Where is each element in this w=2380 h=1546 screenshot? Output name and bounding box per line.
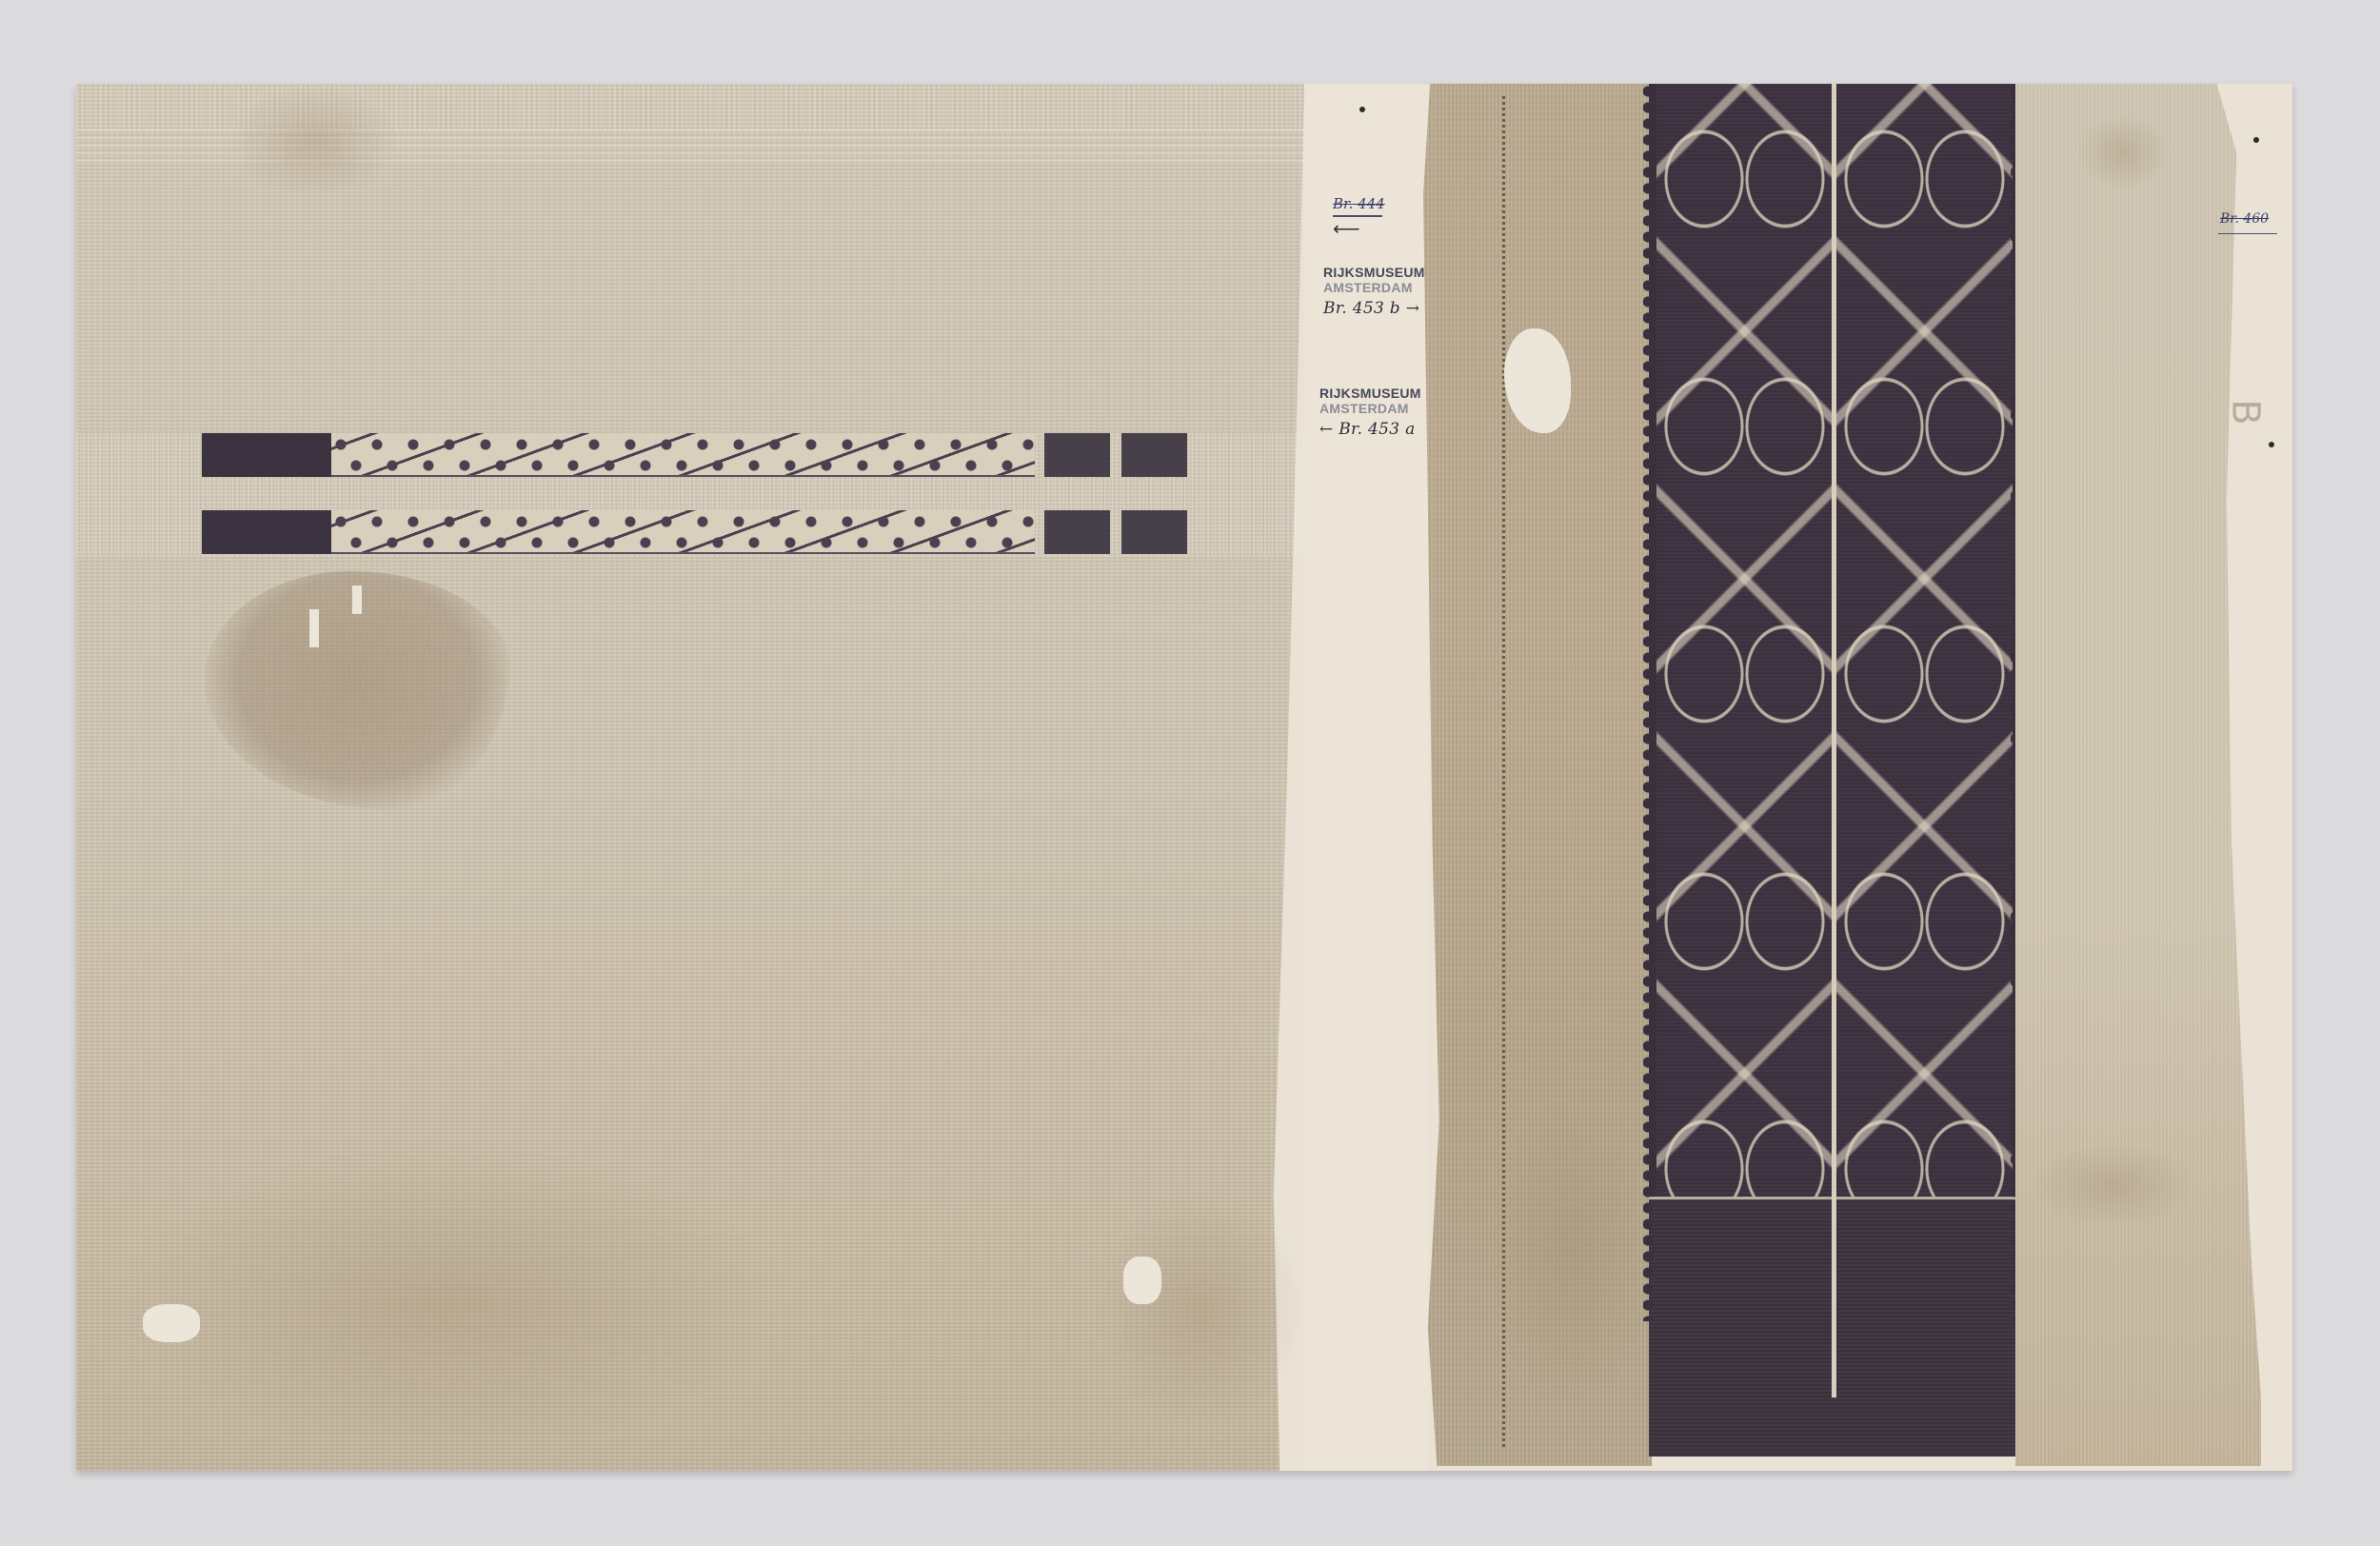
pencil-mark: B: [2224, 399, 2268, 425]
water-stain: [2028, 1142, 2199, 1228]
stamp-line-1: RIJKSMUSEUM: [1323, 265, 1428, 280]
stamp-line-1: RIJKSMUSEUM: [1319, 386, 1424, 401]
arrow-left-icon: ⟵: [1333, 217, 1360, 241]
arrow-right-icon: →: [1406, 299, 1420, 318]
water-stain: [1485, 1095, 1656, 1409]
note-underline: [2218, 233, 2277, 234]
stamp-line-2: AMSTERDAM: [1319, 401, 1424, 416]
decorative-band-lower: [202, 510, 1187, 554]
band-end-block: [202, 510, 331, 554]
inventory-number: Br. 453 b →: [1323, 301, 1428, 316]
water-stain: [114, 1142, 781, 1457]
fabric-tear: [143, 1304, 200, 1342]
pin-hole: [1359, 107, 1365, 112]
fabric-tear: [1123, 1257, 1161, 1304]
inventory-number: ← Br. 453 a: [1319, 422, 1424, 437]
scalloped-edge-left: [1643, 84, 1653, 1321]
decorative-band-upper: [202, 433, 1187, 477]
stamp-line-2: AMSTERDAM: [1323, 280, 1428, 295]
fabric-tear: [352, 585, 362, 614]
band-tail-blocks: [1035, 510, 1187, 554]
vine-scroll-motif: [331, 510, 1035, 554]
band-end-block: [202, 433, 331, 477]
right-linen-strip: [2015, 84, 2261, 1466]
band-tail-blocks: [1035, 433, 1187, 477]
water-stain: [228, 84, 400, 198]
crossed-out-note: Br. 460: [2220, 211, 2269, 227]
water-stain: [1095, 1190, 1304, 1428]
museum-stamp-1: RIJKSMUSEUM AMSTERDAM Br. 453 b →: [1323, 265, 1428, 316]
crossed-out-note: Br. 444: [1333, 195, 1385, 212]
water-stain: [2075, 114, 2171, 190]
pin-hole: [2269, 442, 2274, 447]
museum-stamp-2: RIJKSMUSEUM AMSTERDAM ← Br. 453 a: [1319, 386, 1424, 437]
pin-hole: [2253, 137, 2259, 143]
fabric-tear: [309, 609, 319, 647]
vine-scroll-motif: [331, 433, 1035, 477]
tapestry-divider-line: [1832, 84, 1836, 1397]
arrow-left-icon: ←: [1319, 420, 1334, 439]
